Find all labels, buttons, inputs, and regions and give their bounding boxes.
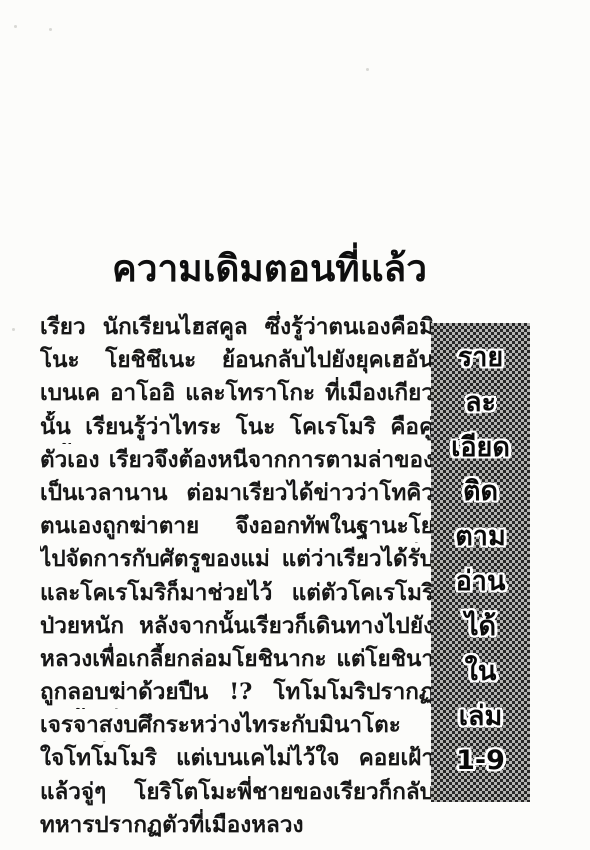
recap-text-line: เรียว นักเรียนไฮสคูล ซึ่งรู้ว่าตนเองคือม… <box>40 311 434 344</box>
recap-text-line: และโคเรโมริก็มาช่วยไว้ แต่ตัวโคเรโมริเอง… <box>40 577 434 610</box>
recap-text-line: นั้น เรียนรู้ว่าไทระ โนะ โคเรโมริ คือคู่… <box>40 411 434 444</box>
banner-word: เอียด <box>451 433 510 463</box>
recap-text-line: โนะ โยชิชึเนะ ย้อนกลับไปยังยุคเฮอันพร้อม… <box>40 344 434 377</box>
banner-word: ละ <box>465 388 496 418</box>
recap-text-line: ถูกลอบฆ่าด้วยปืน !? โทโมโมริปรากฏตัวขึ้น… <box>40 676 434 709</box>
banner-word: 1-9 <box>456 746 505 776</box>
banner-word: ตาม <box>455 522 506 552</box>
recap-text-line: ใจโทโมโมริ แต่เบนเคไม่ไว้ใจ คอยเฝ้าจับตา… <box>40 742 434 775</box>
recap-text-line: ตนเองถูกฆ่าตาย จึงออกทัพในฐานะโยชิชึเนะ … <box>40 510 434 543</box>
scan-speck <box>366 68 369 71</box>
recap-text-line: ตัวเอง เรียวจึงต้องหนีจากการตามล่าของพวก… <box>40 444 434 477</box>
recap-text-line: เบนเค อาโออิ และโทราโกะ ที่เมืองเกียวโตใ… <box>40 377 434 410</box>
recap-text-line: แล้วจู่ๆ โยริโตโมะพี่ชายของเรียวก็กลับมา… <box>40 776 434 809</box>
banner-word: ราย <box>458 343 503 373</box>
volume-info-banner: ราย ละ เอียด ติด ตาม อ่าน ได้ ใน เล่ม 1-… <box>431 323 530 802</box>
recap-text-line: เจรจาสงบศึกระหว่างไทระกับมินาโตะ เรียวเช… <box>40 709 434 742</box>
banner-word: ใน <box>465 657 497 687</box>
scan-speck <box>14 25 17 28</box>
recap-text-line: ป่วยหนัก หลังจากนั้นเรียวก็เดินทางไปยังเ… <box>40 610 434 643</box>
banner-word: อ่าน <box>456 567 506 597</box>
page-title: ความเดิมตอนที่แล้ว <box>112 246 427 292</box>
recap-text-line: ทหารปรากฏตัวที่เมืองหลวง <box>40 809 434 842</box>
recap-text-line: เป็นเวลานาน ต่อมาเรียวได้ข่าวว่าโทคิวะ แ… <box>40 477 434 510</box>
banner-word: ได้ <box>465 612 496 642</box>
recap-text-line: ไปจัดการกับศัตรูของแม่ แต่ว่าเรียวได้รับ… <box>40 543 434 576</box>
recap-paragraph: เรียว นักเรียนไฮสคูล ซึ่งรู้ว่าตนเองคือม… <box>40 311 434 842</box>
book-page: ความเดิมตอนที่แล้ว เรียว นักเรียนไฮสคูล … <box>0 0 590 850</box>
banner-word: ติด <box>463 477 498 507</box>
scan-speck <box>12 328 15 331</box>
scan-speck <box>49 28 52 31</box>
banner-word: เล่ม <box>459 702 503 732</box>
recap-text-line: หลวงเพื่อเกลี้ยกล่อมโยชินากะ แต่โยชินากะ… <box>40 643 434 676</box>
